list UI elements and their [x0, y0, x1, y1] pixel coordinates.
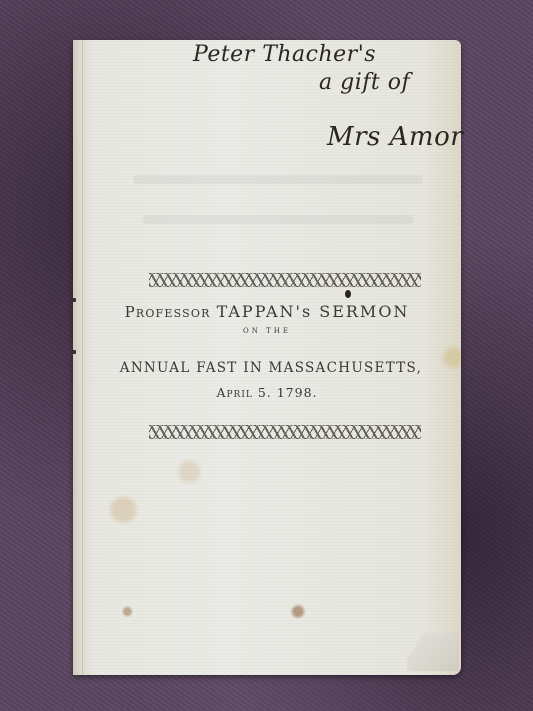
inscription-line-2: a gift of: [319, 70, 410, 95]
bleed-through-text: [143, 215, 413, 224]
folded-corner: [407, 633, 459, 671]
pamphlet-page: Peter Thacher's a gift of Mrs Amor Profe…: [73, 40, 461, 675]
inscription-line-3: Mrs Amor: [327, 122, 463, 152]
title-line-3: ANNUAL FAST IN MASSACHUSETTS,: [77, 360, 465, 376]
ornament-rule-top: [149, 273, 421, 287]
title-line-2: ON THE: [73, 327, 461, 335]
bleed-through-text: [133, 175, 423, 184]
ink-blot: [345, 290, 351, 298]
title-tappan-sermon: TAPPAN's SERMON: [217, 302, 410, 321]
spine-edge: [73, 40, 83, 675]
inscription-line-1: Peter Thacher's: [193, 42, 376, 67]
title-line-1: Professor TAPPAN's SERMON: [73, 302, 461, 321]
title-professor: Professor: [125, 303, 211, 321]
stitch-hole: [71, 350, 76, 354]
ornament-rule-bottom: [149, 425, 421, 439]
title-date: April 5. 1798.: [73, 385, 461, 400]
